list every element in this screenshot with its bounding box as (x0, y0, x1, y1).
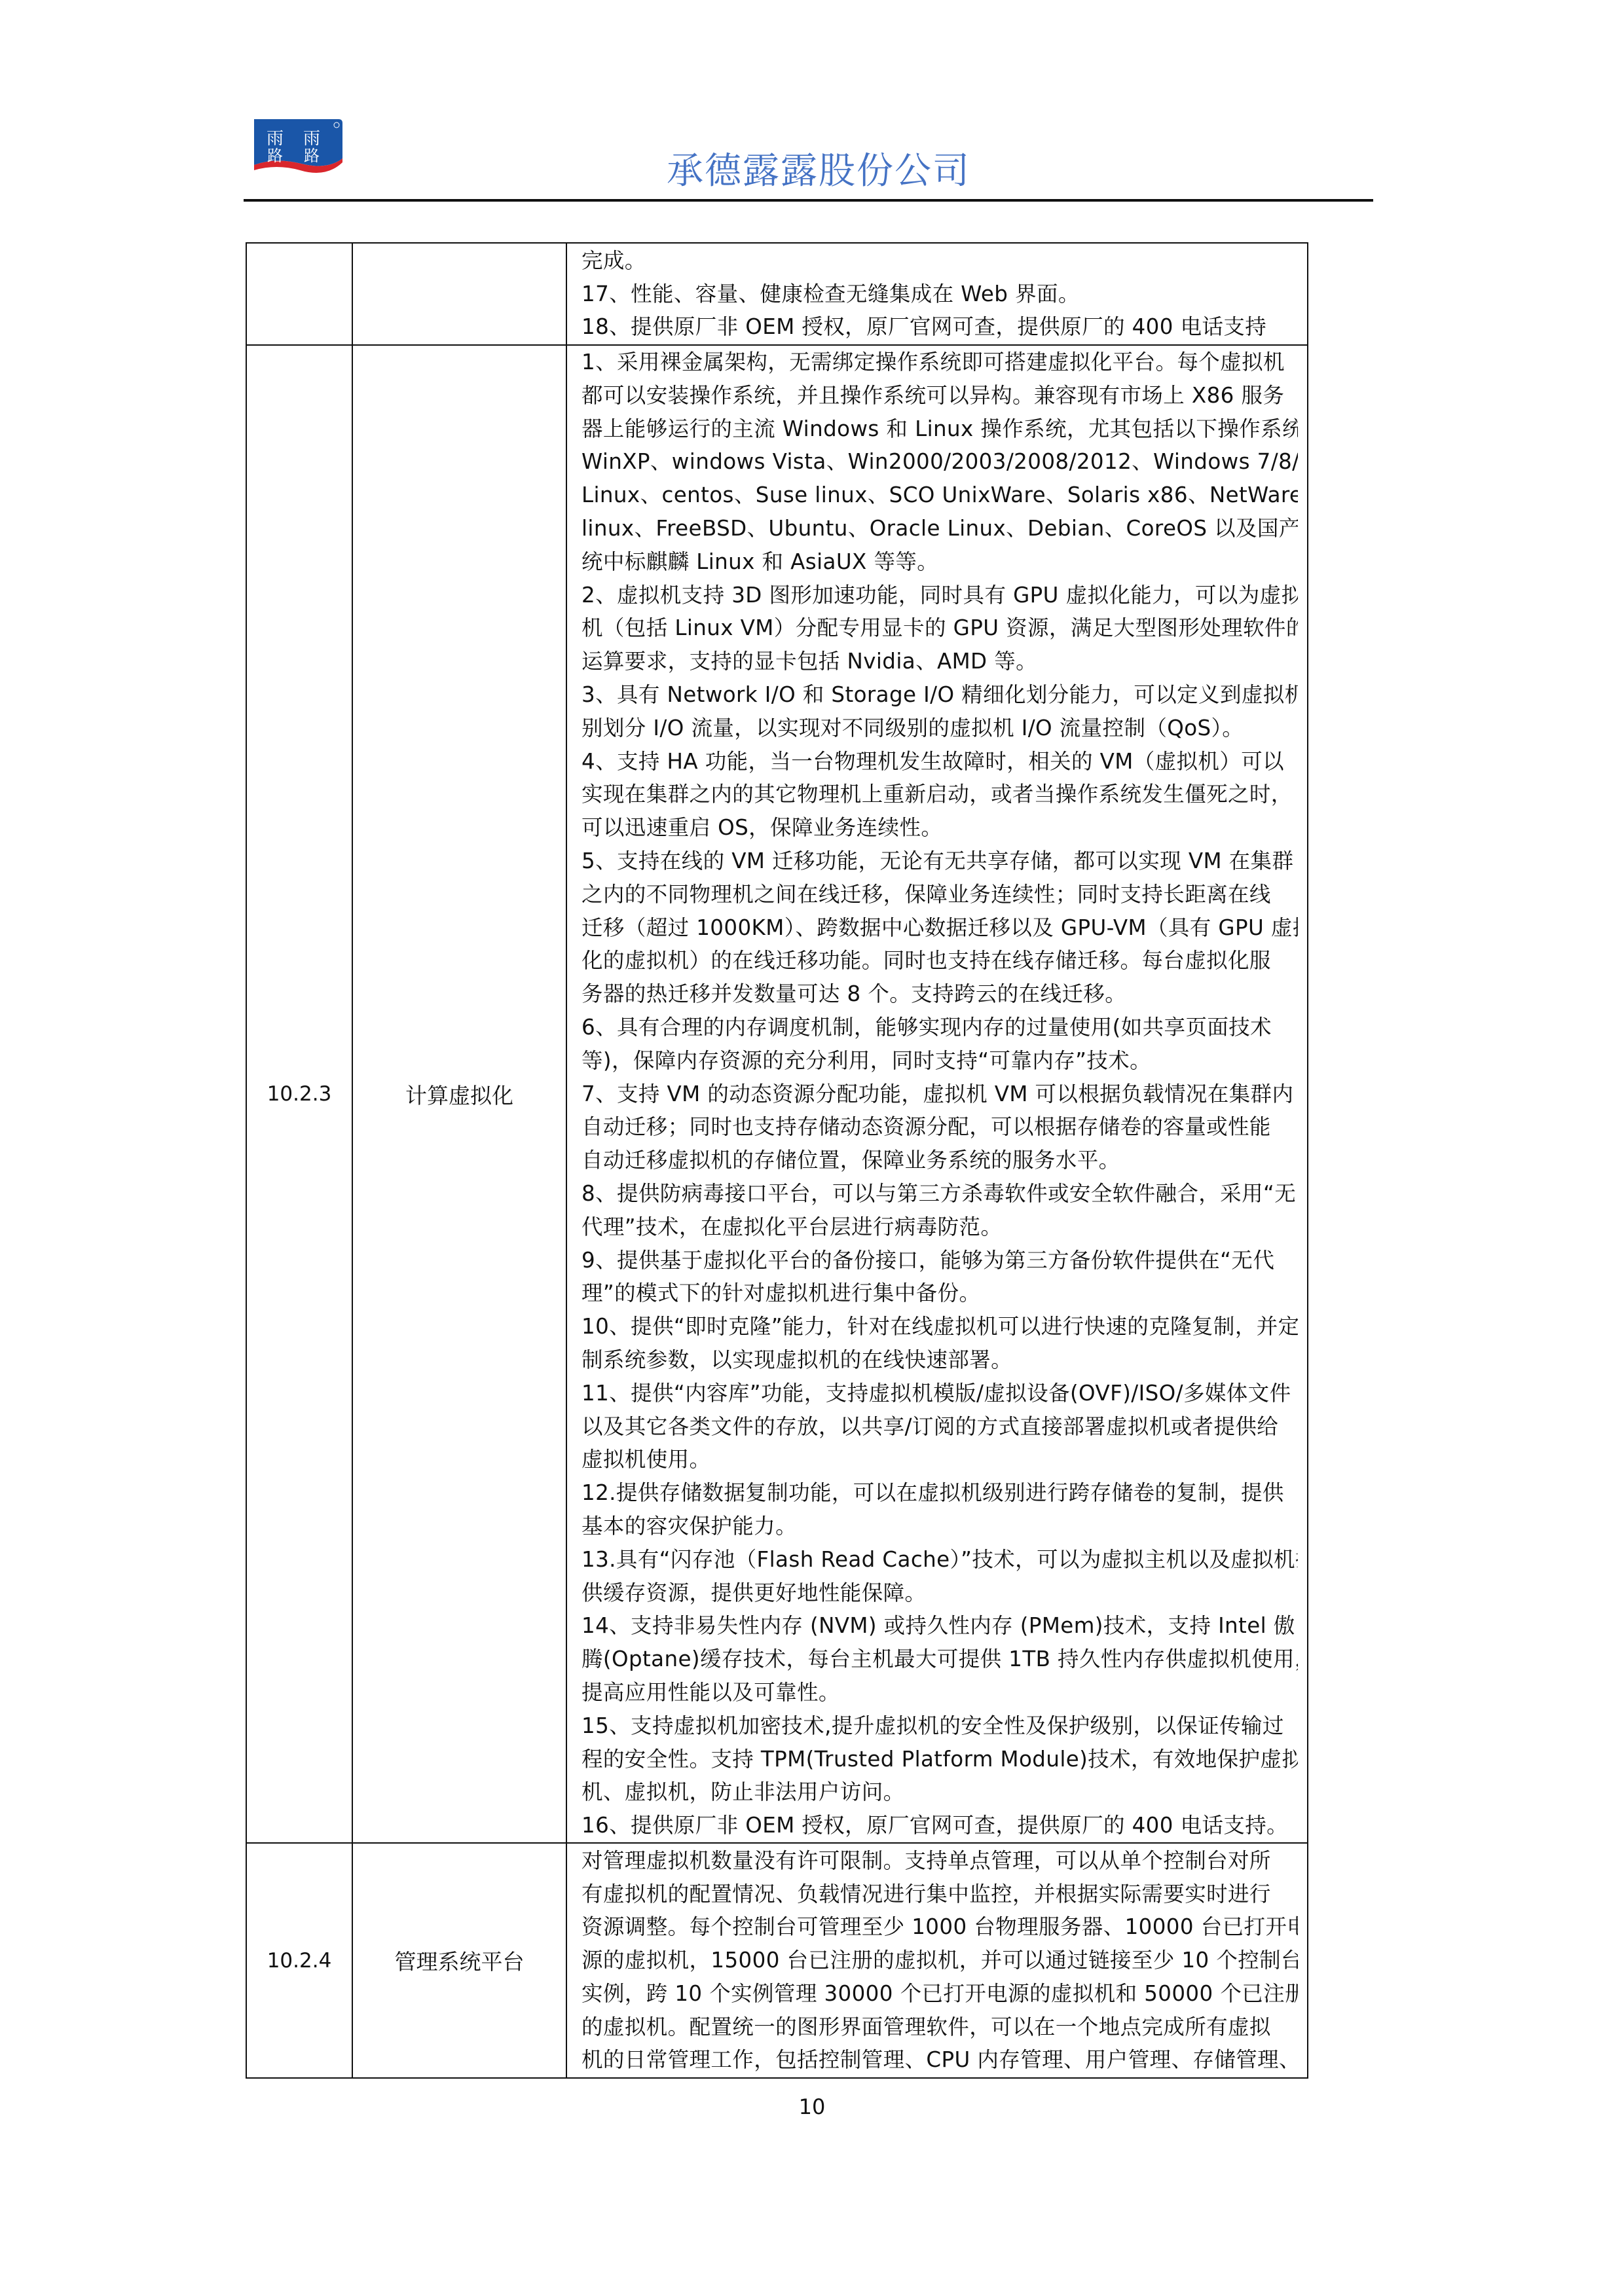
description-line: 1、采用裸金属架构，无需绑定操作系统即可搭建虚拟化平台。每个虚拟机 (581, 346, 1298, 379)
description-line: 以及其它各类文件的存放，以共享/订阅的方式直接部署虚拟机或者提供给 (581, 1410, 1298, 1444)
description-line: 实现在集群之内的其它物理机上重新启动，或者当操作系统发生僵死之时， (581, 778, 1298, 811)
company-title: 承德露露股份公司 (0, 145, 1624, 198)
description-line: 源的虚拟机，15000 台已注册的虚拟机，并可以通过链接至少 10 个控制台 (581, 1944, 1298, 1977)
table-row: 完成。 17、性能、容量、健康检查无缝集成在 Web 界面。 18、提供原厂非 … (246, 243, 1308, 345)
description-line: 提高应用性能以及可靠性。 (581, 1676, 1298, 1709)
description-line: 17、性能、容量、健康检查无缝集成在 Web 界面。 (581, 278, 1298, 311)
description-line: 10、提供“即时克隆”能力，针对在线虚拟机可以进行快速的克隆复制，并定 (581, 1310, 1298, 1343)
item-description-cell: 1、采用裸金属架构，无需绑定操作系统即可搭建虚拟化平台。每个虚拟机 都可以安装操… (566, 345, 1308, 1843)
description-line: 2、虚拟机支持 3D 图形加速功能，同时具有 GPU 虚拟化能力，可以为虚拟 (581, 579, 1298, 612)
description-line: 的虚拟机。配置统一的图形界面管理软件，可以在一个地点完成所有虚拟 (581, 2011, 1298, 2044)
description-line: 之内的不同物理机之间在线迁移，保障业务连续性；同时支持长距离在线 (581, 878, 1298, 911)
description-line: 机的日常管理工作，包括控制管理、CPU 内存管理、用户管理、存储管理、 (581, 2043, 1298, 2077)
description-line: 等)，保障内存资源的充分利用，同时支持“可靠内存”技术。 (581, 1044, 1298, 1078)
description-line: 理”的模式下的针对虚拟机进行集中备份。 (581, 1277, 1298, 1310)
item-number-cell: 10.2.4 (246, 1843, 352, 2078)
description-line: 可以迅速重启 OS，保障业务连续性。 (581, 811, 1298, 845)
description-line: 器上能够运行的主流 Windows 和 Linux 操作系统，尤其包括以下操作系… (581, 412, 1298, 446)
description-line: 运算要求，支持的显卡包括 Nvidia、AMD 等。 (581, 645, 1298, 678)
description-line: 代理”技术，在虚拟化平台层进行病毒防范。 (581, 1211, 1298, 1244)
description-line: 资源调整。每个控制台可管理至少 1000 台物理服务器、10000 台已打开电 (581, 1910, 1298, 1944)
description-line: 化的虚拟机）的在线迁移功能。同时也支持在线存储迁移。每台虚拟化服 (581, 944, 1298, 977)
spec-table: 完成。 17、性能、容量、健康检查无缝集成在 Web 界面。 18、提供原厂非 … (246, 242, 1308, 2079)
description-line: 制系统参数，以实现虚拟机的在线快速部署。 (581, 1343, 1298, 1377)
description-line: 14、支持非易失性内存 (NVM) 或持久性内存 (PMem)技术，支持 Int… (581, 1609, 1298, 1643)
description-line: 13.具有“闪存池（Flash Read Cache）”技术，可以为虚拟主机以及… (581, 1543, 1298, 1576)
description-line: 务器的热迁移并发数量可达 8 个。支持跨云的在线迁移。 (581, 977, 1298, 1011)
table-row: 10.2.3 计算虚拟化 1、采用裸金属架构，无需绑定操作系统即可搭建虚拟化平台… (246, 345, 1308, 1843)
item-name-cell (352, 243, 566, 345)
header-divider (244, 199, 1373, 202)
description-line: 7、支持 VM 的动态资源分配功能，虚拟机 VM 可以根据负载情况在集群内 (581, 1078, 1298, 1111)
item-number-cell (246, 243, 352, 345)
description-line: 4、支持 HA 功能，当一台物理机发生故障时，相关的 VM（虚拟机）可以 (581, 745, 1298, 778)
page-number: 10 (0, 2094, 1624, 2120)
item-number-cell: 10.2.3 (246, 345, 352, 1843)
description-line: 腾(Optane)缓存技术，每台主机最大可提供 1TB 持久性内存供虚拟机使用， (581, 1643, 1298, 1676)
description-line: 16、提供原厂非 OEM 授权，原厂官网可查，提供原厂的 400 电话支持。 (581, 1809, 1298, 1842)
description-line: 统中标麒麟 Linux 和 AsiaUX 等等。 (581, 545, 1298, 579)
item-name-cell: 管理系统平台 (352, 1843, 566, 2078)
description-line: 12.提供存储数据复制功能，可以在虚拟机级别进行跨存储卷的复制，提供 (581, 1476, 1298, 1510)
item-name-cell: 计算虚拟化 (352, 345, 566, 1843)
description-line: 自动迁移；同时也支持存储动态资源分配，可以根据存储卷的容量或性能 (581, 1110, 1298, 1144)
description-line: 6、具有合理的内存调度机制，能够实现内存的过量使用(如共享页面技术 (581, 1011, 1298, 1044)
description-line: 9、提供基于虚拟化平台的备份接口，能够为第三方备份软件提供在“无代 (581, 1244, 1298, 1277)
description-line: 自动迁移虚拟机的存储位置，保障业务系统的服务水平。 (581, 1144, 1298, 1177)
description-line: 基本的容灾保护能力。 (581, 1510, 1298, 1543)
description-line: 都可以安装操作系统，并且操作系统可以异构。兼容现有市场上 X86 服务 (581, 379, 1298, 412)
description-line: 程的安全性。支持 TPM(Trusted Platform Module)技术，… (581, 1743, 1298, 1776)
description-line: 15、支持虚拟机加密技术,提升虚拟机的安全性及保护级别，以保证传输过 (581, 1709, 1298, 1743)
description-line: 实例，跨 10 个实例管理 30000 个已打开电源的虚拟机和 50000 个已… (581, 1977, 1298, 2011)
description-line: 别划分 I/O 流量，以实现对不同级别的虚拟机 I/O 流量控制（QoS）。 (581, 712, 1298, 745)
description-line: 完成。 (581, 244, 1298, 278)
description-line: 3、具有 Network I/O 和 Storage I/O 精细化划分能力，可… (581, 678, 1298, 712)
description-line: 迁移（超过 1000KM）、跨数据中心数据迁移以及 GPU-VM（具有 GPU … (581, 911, 1298, 945)
table-row: 10.2.4 管理系统平台 对管理虚拟机数量没有许可限制。支持单点管理，可以从单… (246, 1843, 1308, 2078)
item-description-cell: 对管理虚拟机数量没有许可限制。支持单点管理，可以从单个控制台对所 有虚拟机的配置… (566, 1843, 1308, 2078)
description-line: 机（包括 Linux VM）分配专用显卡的 GPU 资源，满足大型图形处理软件的 (581, 611, 1298, 645)
description-line: linux、FreeBSD、Ubuntu、Oracle Linux、Debian… (581, 512, 1298, 545)
description-line: 有虚拟机的配置情况、负载情况进行集中监控，并根据实际需要实时进行 (581, 1878, 1298, 1911)
description-line: Linux、centos、Suse linux、SCO UnixWare、Sol… (581, 479, 1298, 512)
description-line: 供缓存资源，提供更好地性能保障。 (581, 1576, 1298, 1610)
description-line: 机、虚拟机，防止非法用户访问。 (581, 1776, 1298, 1809)
description-line: 对管理虚拟机数量没有许可限制。支持单点管理，可以从单个控制台对所 (581, 1844, 1298, 1878)
description-line: 18、提供原厂非 OEM 授权，原厂官网可查，提供原厂的 400 电话支持 (581, 310, 1298, 344)
description-line: 8、提供防病毒接口平台，可以与第三方杀毒软件或安全软件融合，采用“无 (581, 1177, 1298, 1211)
description-line: 虚拟机使用。 (581, 1443, 1298, 1476)
description-line: WinXP、windows Vista、Win2000/2003/2008/20… (581, 445, 1298, 479)
description-line: 11、提供“内容库”功能，支持虚拟机模版/虚拟设备(OVF)/ISO/多媒体文件 (581, 1377, 1298, 1410)
description-line: 5、支持在线的 VM 迁移功能，无论有无共享存储，都可以实现 VM 在集群 (581, 845, 1298, 878)
item-description-cell: 完成。 17、性能、容量、健康检查无缝集成在 Web 界面。 18、提供原厂非 … (566, 243, 1308, 345)
